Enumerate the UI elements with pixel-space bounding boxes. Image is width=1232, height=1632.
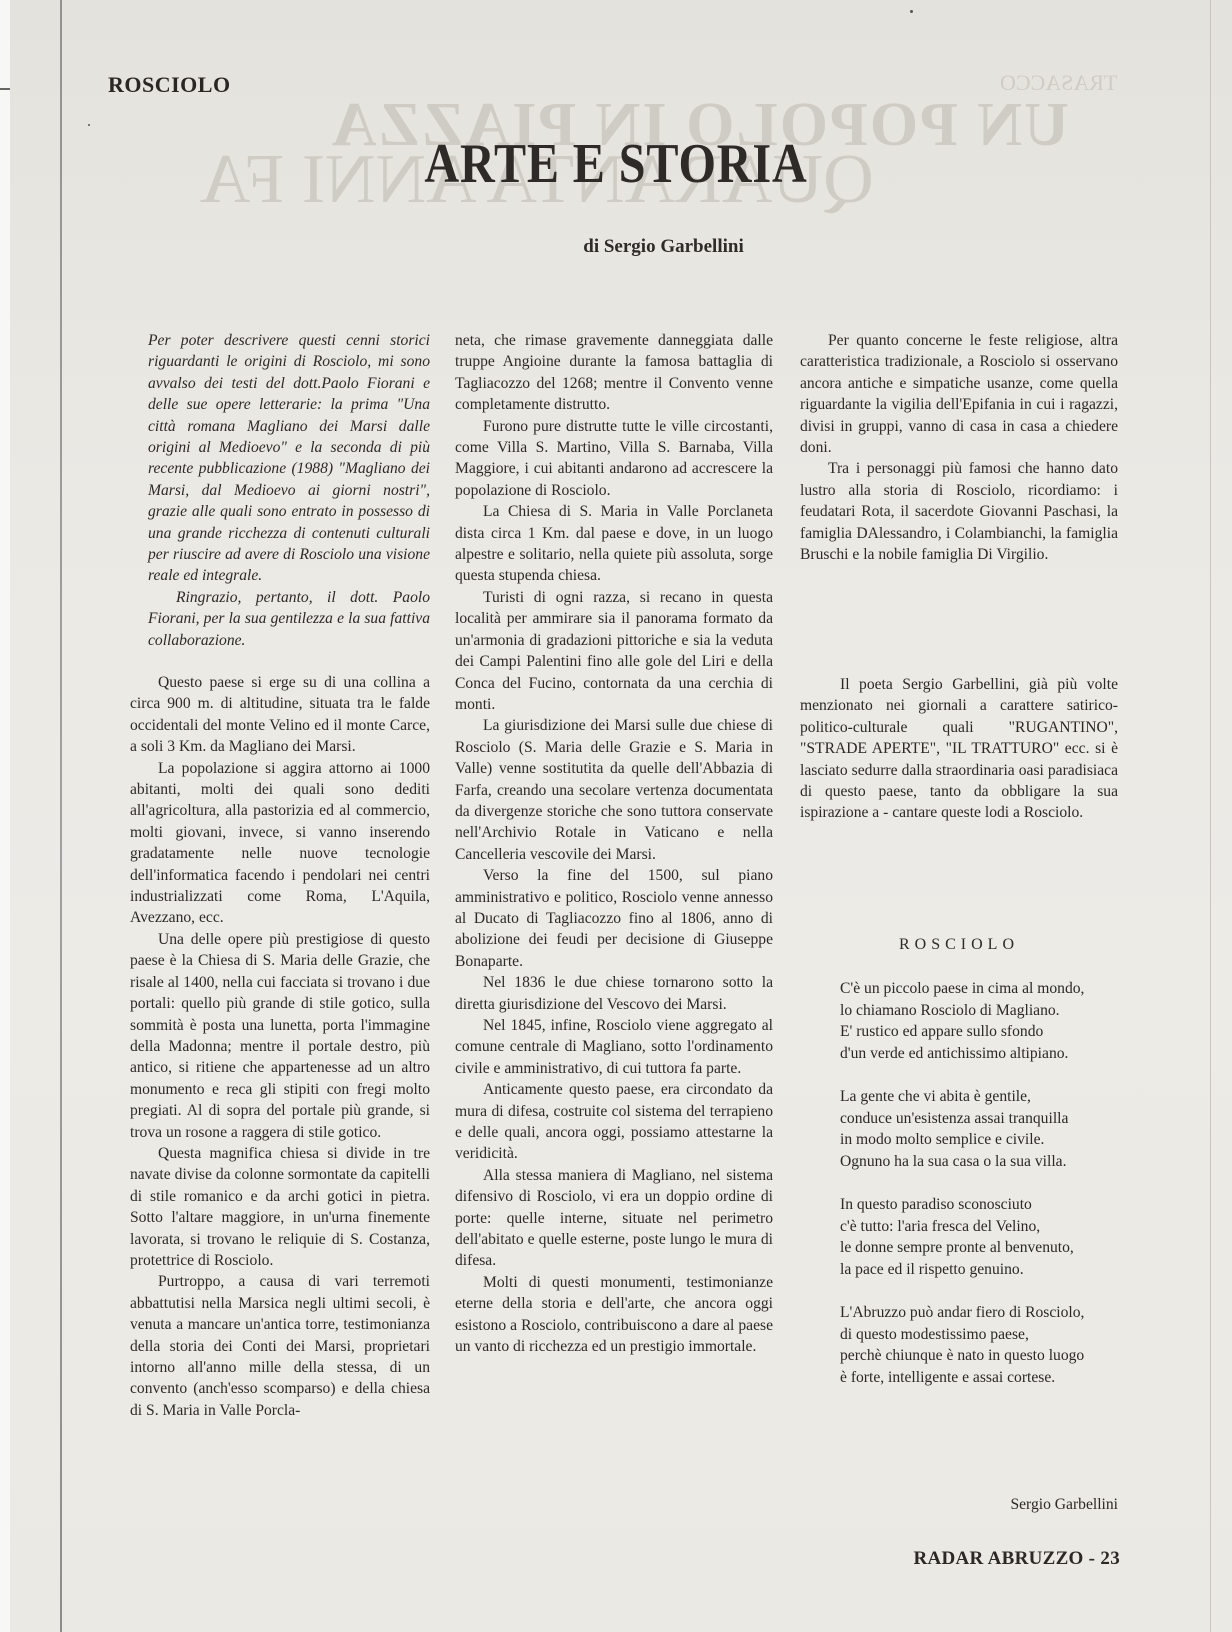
poem-stanza: La gente che vi abita è gentile, conduce… — [800, 1086, 1118, 1172]
poem-verse: è forte, intelligente e assai cortese. — [800, 1367, 1118, 1389]
poet-bio: Il poeta Sergio Garbellini, già più volt… — [800, 674, 1118, 824]
poem-verse: perchè chiunque è nato in questo luogo — [800, 1345, 1118, 1367]
poem-verse: In questo paradiso sconosciuto — [800, 1194, 1118, 1216]
poem-verse: di questo modestissimo paese, — [800, 1324, 1118, 1346]
poem-signature: Sergio Garbellini — [800, 1496, 1118, 1514]
print-speck — [910, 10, 913, 13]
bio-paragraph: Il poeta Sergio Garbellini, già più volt… — [800, 674, 1118, 824]
intro-note: Per poter descrivere questi cenni storic… — [148, 330, 430, 651]
poem-stanza: L'Abruzzo può andar fiero di Rosciolo, d… — [800, 1302, 1118, 1388]
byline: di Sergio Garbellini — [0, 236, 1232, 258]
poem: C'è un piccolo paese in cima al mondo, l… — [800, 978, 1118, 1410]
page-footer: RADAR ABRUZZO - 23 — [820, 1548, 1120, 1570]
poem-verse: E' rustico ed appare sullo sfondo — [800, 1021, 1118, 1043]
article-column-2: neta, che rimase gravemente danneggiata … — [455, 330, 773, 1358]
poem-stanza: In questo paradiso sconosciuto c'è tutto… — [800, 1194, 1118, 1280]
body-paragraph: Nel 1845, infine, Rosciolo viene aggrega… — [455, 1015, 773, 1079]
poem-verse: conduce un'esistenza assai tranquilla — [800, 1108, 1118, 1130]
poem-verse: la pace ed il rispetto genuino. — [800, 1259, 1118, 1281]
poem-verse: C'è un piccolo paese in cima al mondo, — [800, 978, 1118, 1000]
article-title: ARTE E STORIA — [86, 132, 1146, 196]
body-paragraph: Verso la fine del 1500, sul piano ammini… — [455, 865, 773, 972]
body-paragraph: La Chiesa di S. Maria in Valle Porclanet… — [455, 501, 773, 587]
poem-verse: c'è tutto: l'aria fresca del Velino, — [800, 1216, 1118, 1238]
poem-verse: d'un verde ed antichissimo altipiano. — [800, 1043, 1118, 1065]
intro-paragraph: Ringrazio, pertanto, il dott. Paolo Fior… — [148, 587, 430, 651]
body-paragraph: Una delle opere più prestigiose di quest… — [130, 929, 430, 1143]
body-paragraph: Nel 1836 le due chiese tornarono sotto l… — [455, 972, 773, 1015]
poem-stanza: C'è un piccolo paese in cima al mondo, l… — [800, 978, 1118, 1064]
magazine-page: UN POPOLO IN PIAZZA QUARANTA ANNI FA TRA… — [0, 0, 1232, 1632]
poem-verse: Ognuno ha la sua casa o la sua villa. — [800, 1151, 1118, 1173]
article-column-1: Questo paese si erge su di una collina a… — [130, 672, 430, 1421]
body-paragraph: La giurisdizione dei Marsi sulle due chi… — [455, 715, 773, 865]
poem-verse: L'Abruzzo può andar fiero di Rosciolo, — [800, 1302, 1118, 1324]
body-paragraph: Questo paese si erge su di una collina a… — [130, 672, 430, 758]
show-through-section: TRASACCO — [1000, 70, 1117, 96]
body-paragraph: Turisti di ogni razza, si recano in ques… — [455, 587, 773, 715]
poem-verse: le donne sempre pronte al benvenuto, — [800, 1237, 1118, 1259]
poem-verse: lo chiamano Rosciolo di Magliano. — [800, 1000, 1118, 1022]
poem-verse: in modo molto semplice e civile. — [800, 1129, 1118, 1151]
body-paragraph: Alla stessa maniera di Magliano, nel sis… — [455, 1165, 773, 1272]
poem-verse: La gente che vi abita è gentile, — [800, 1086, 1118, 1108]
body-paragraph: Per quanto concerne le feste religiose, … — [800, 330, 1118, 458]
publication-name: RADAR ABRUZZO - — [913, 1548, 1095, 1569]
print-speck — [88, 124, 90, 126]
page-number: 23 — [1100, 1548, 1120, 1569]
body-paragraph: Molti di questi monumenti, testimonianze… — [455, 1272, 773, 1358]
poem-title: ROSCIOLO — [800, 936, 1118, 954]
section-label: ROSCIOLO — [108, 72, 231, 98]
body-paragraph: neta, che rimase gravemente danneggiata … — [455, 330, 773, 416]
body-paragraph: La popolazione si aggira attorno ai 1000… — [130, 758, 430, 929]
intro-paragraph: Per poter descrivere questi cenni storic… — [148, 330, 430, 587]
body-paragraph: Purtroppo, a causa di vari terremoti abb… — [130, 1271, 430, 1421]
scan-mark — [0, 88, 10, 90]
body-paragraph: Tra i personaggi più famosi che hanno da… — [800, 458, 1118, 565]
body-paragraph: Questa magnifica chiesa si divide in tre… — [130, 1143, 430, 1271]
body-paragraph: Anticamente questo paese, era circondato… — [455, 1079, 773, 1165]
article-column-3: Per quanto concerne le feste religiose, … — [800, 330, 1118, 565]
body-paragraph: Furono pure distrutte tutte le ville cir… — [455, 416, 773, 502]
